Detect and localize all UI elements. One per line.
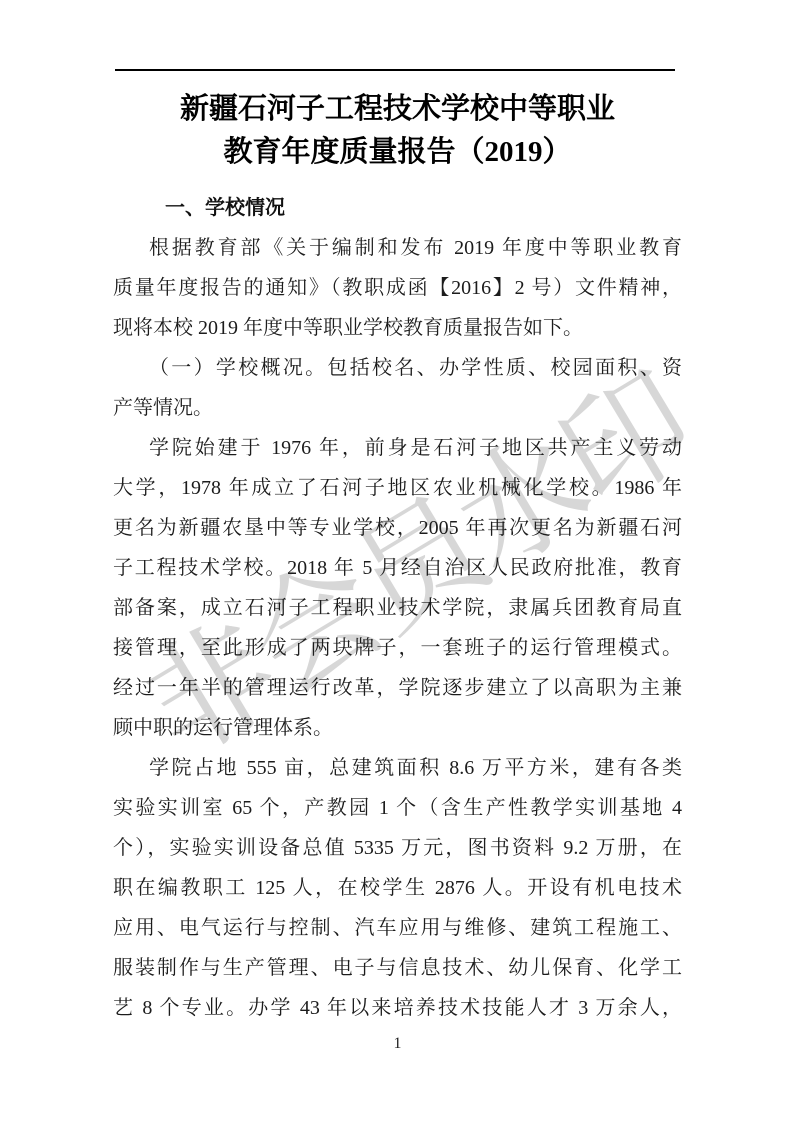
text-line: 学院占地 555 亩，总建筑面积 8.6 万平方米，建有各类 <box>113 748 682 788</box>
text-line: 职在编教职工 125 人，在校学生 2876 人。开设有机电技术 <box>113 868 682 908</box>
text-line: 学院始建于 1976 年，前身是石河子地区共产主义劳动 <box>113 428 682 468</box>
text-line: 大学，1978 年成立了石河子地区农业机械化学校。1986 年 <box>113 468 682 508</box>
text-line: 现将本校 2019 年度中等职业学校教育质量报告如下。 <box>113 308 682 348</box>
text-line: 根据教育部《关于编制和发布 2019 年度中等职业教育 <box>113 228 682 268</box>
page-title: 新疆石河子工程技术学校中等职业 教育年度质量报告（2019） <box>113 88 682 174</box>
document-body: 根据教育部《关于编制和发布 2019 年度中等职业教育质量年度报告的通知》（教职… <box>113 228 682 1028</box>
text-line: 部备案，成立石河子工程职业技术学院，隶属兵团教育局直 <box>113 588 682 628</box>
text-line: 质量年度报告的通知》（教职成函【2016】2 号）文件精神， <box>113 268 682 308</box>
page-number: 1 <box>113 1033 682 1055</box>
text-line: 顾中职的运行管理体系。 <box>113 708 682 748</box>
text-line: 服装制作与生产管理、电子与信息技术、幼儿保育、化学工 <box>113 948 682 988</box>
text-line: 产等情况。 <box>113 388 682 428</box>
page-title-line1: 新疆石河子工程技术学校中等职业 <box>113 88 682 131</box>
document-page: 非会员水印 新疆石河子工程技术学校中等职业 教育年度质量报告（2019） 一、学… <box>0 0 793 1122</box>
paragraph: 根据教育部《关于编制和发布 2019 年度中等职业教育质量年度报告的通知》（教职… <box>113 228 682 348</box>
text-line: 艺 8 个专业。办学 43 年以来培养技术技能人才 3 万余人， <box>113 988 682 1028</box>
text-line: 经过一年半的管理运行改革，学院逐步建立了以高职为主兼 <box>113 668 682 708</box>
text-line: 应用、电气运行与控制、汽车应用与维修、建筑工程施工、 <box>113 908 682 948</box>
text-line: 个），实验实训设备总值 5335 万元，图书资料 9.2 万册，在 <box>113 828 682 868</box>
paragraph: 学院占地 555 亩，总建筑面积 8.6 万平方米，建有各类实验实训室 65 个… <box>113 748 682 1028</box>
text-line: （一）学校概况。包括校名、办学性质、校园面积、资 <box>113 348 682 388</box>
text-line: 实验实训室 65 个，产教园 1 个（含生产性教学实训基地 4 <box>113 788 682 828</box>
paragraph: （一）学校概况。包括校名、办学性质、校园面积、资产等情况。 <box>113 348 682 428</box>
text-line: 接管理，至此形成了两块牌子，一套班子的运行管理模式。 <box>113 628 682 668</box>
text-line: 子工程技术学校。2018 年 5 月经自治区人民政府批准，教育 <box>113 548 682 588</box>
header-rule <box>115 69 675 71</box>
text-line: 更名为新疆农垦中等专业学校，2005 年再次更名为新疆石河 <box>113 508 682 548</box>
page-title-line2: 教育年度质量报告（2019） <box>113 131 682 174</box>
paragraph: 学院始建于 1976 年，前身是石河子地区共产主义劳动大学，1978 年成立了石… <box>113 428 682 748</box>
section-heading: 一、学校情况 <box>165 194 285 222</box>
